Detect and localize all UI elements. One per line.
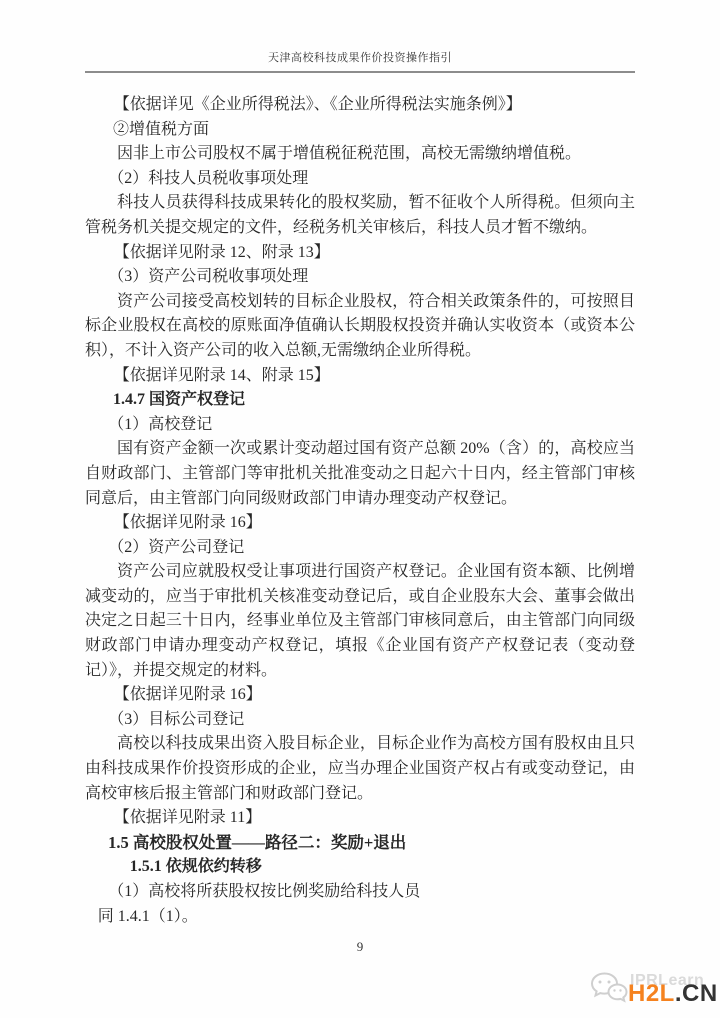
document-body: 【依据详见《企业所得税法》、《企业所得税法实施条例》】②增值税方面因非上市公司股… <box>85 93 635 929</box>
section-heading: 1.4.7 国资产权登记 <box>85 388 635 413</box>
paragraph: 【依据详见附录 16】 <box>85 683 635 708</box>
wechat-icon <box>590 971 628 1005</box>
paragraph: 国有资产金额一次或累计变动超过国有资产总额 20%（含）的，高校应当自财政部门、… <box>85 437 635 511</box>
paragraph: 同 1.4.1（1）。 <box>85 905 635 930</box>
paragraph: 高校以科技成果出资入股目标企业，目标企业作为高校方国有股权由且只由科技成果作价投… <box>85 732 635 806</box>
watermark-brand-primary: H2L <box>628 980 675 1007</box>
watermark-brand: H2L.CN <box>628 980 718 1008</box>
paragraph: 因非上市公司股权不属于增值税征税范围，高校无需缴纳增值税。 <box>85 142 635 167</box>
section-heading: 1.5.1 依规依约转移 <box>85 855 635 880</box>
paragraph: 【依据详见附录 11】 <box>85 806 635 831</box>
paragraph: （1）高校登记 <box>85 413 635 438</box>
paragraph: （2）资产公司登记 <box>85 536 635 561</box>
document-page: 天津高校科技成果作价投资操作指引 【依据详见《企业所得税法》、《企业所得税法实施… <box>0 0 720 1018</box>
paragraph: 【依据详见附录 12、附录 13】 <box>85 241 635 266</box>
paragraph: （3）目标公司登记 <box>85 708 635 733</box>
paragraph: 【依据详见《企业所得税法》、《企业所得税法实施条例》】 <box>85 93 635 118</box>
section-heading: 1.5 高校股权处置——路径二：奖励+退出 <box>85 831 635 856</box>
page-header: 天津高校科技成果作价投资操作指引 <box>0 0 720 73</box>
paragraph: 【依据详见附录 16】 <box>85 511 635 536</box>
paragraph: 资产公司接受高校划转的目标企业股权，符合相关政策条件的，可按照目标企业股权在高校… <box>85 290 635 364</box>
paragraph: （2）科技人员税收事项处理 <box>85 167 635 192</box>
watermark: IPRLearn H2L.CN <box>590 968 716 1012</box>
watermark-brand-suffix: .CN <box>675 980 718 1007</box>
paragraph: 科技人员获得科技成果转化的股权奖励，暂不征收个人所得税。但须向主管税务机关提交规… <box>85 191 635 240</box>
paragraph: ②增值税方面 <box>85 118 635 143</box>
header-title: 天津高校科技成果作价投资操作指引 <box>0 49 720 65</box>
header-rule <box>85 71 635 73</box>
page-number: 9 <box>0 939 720 955</box>
paragraph: （3）资产公司税收事项处理 <box>85 265 635 290</box>
paragraph: （1）高校将所获股权按比例奖励给科技人员 <box>85 880 635 905</box>
paragraph: 资产公司应就股权受让事项进行国资产权登记。企业国有资本额、比例增减变动的，应当于… <box>85 560 635 683</box>
paragraph: 【依据详见附录 14、附录 15】 <box>85 364 635 389</box>
